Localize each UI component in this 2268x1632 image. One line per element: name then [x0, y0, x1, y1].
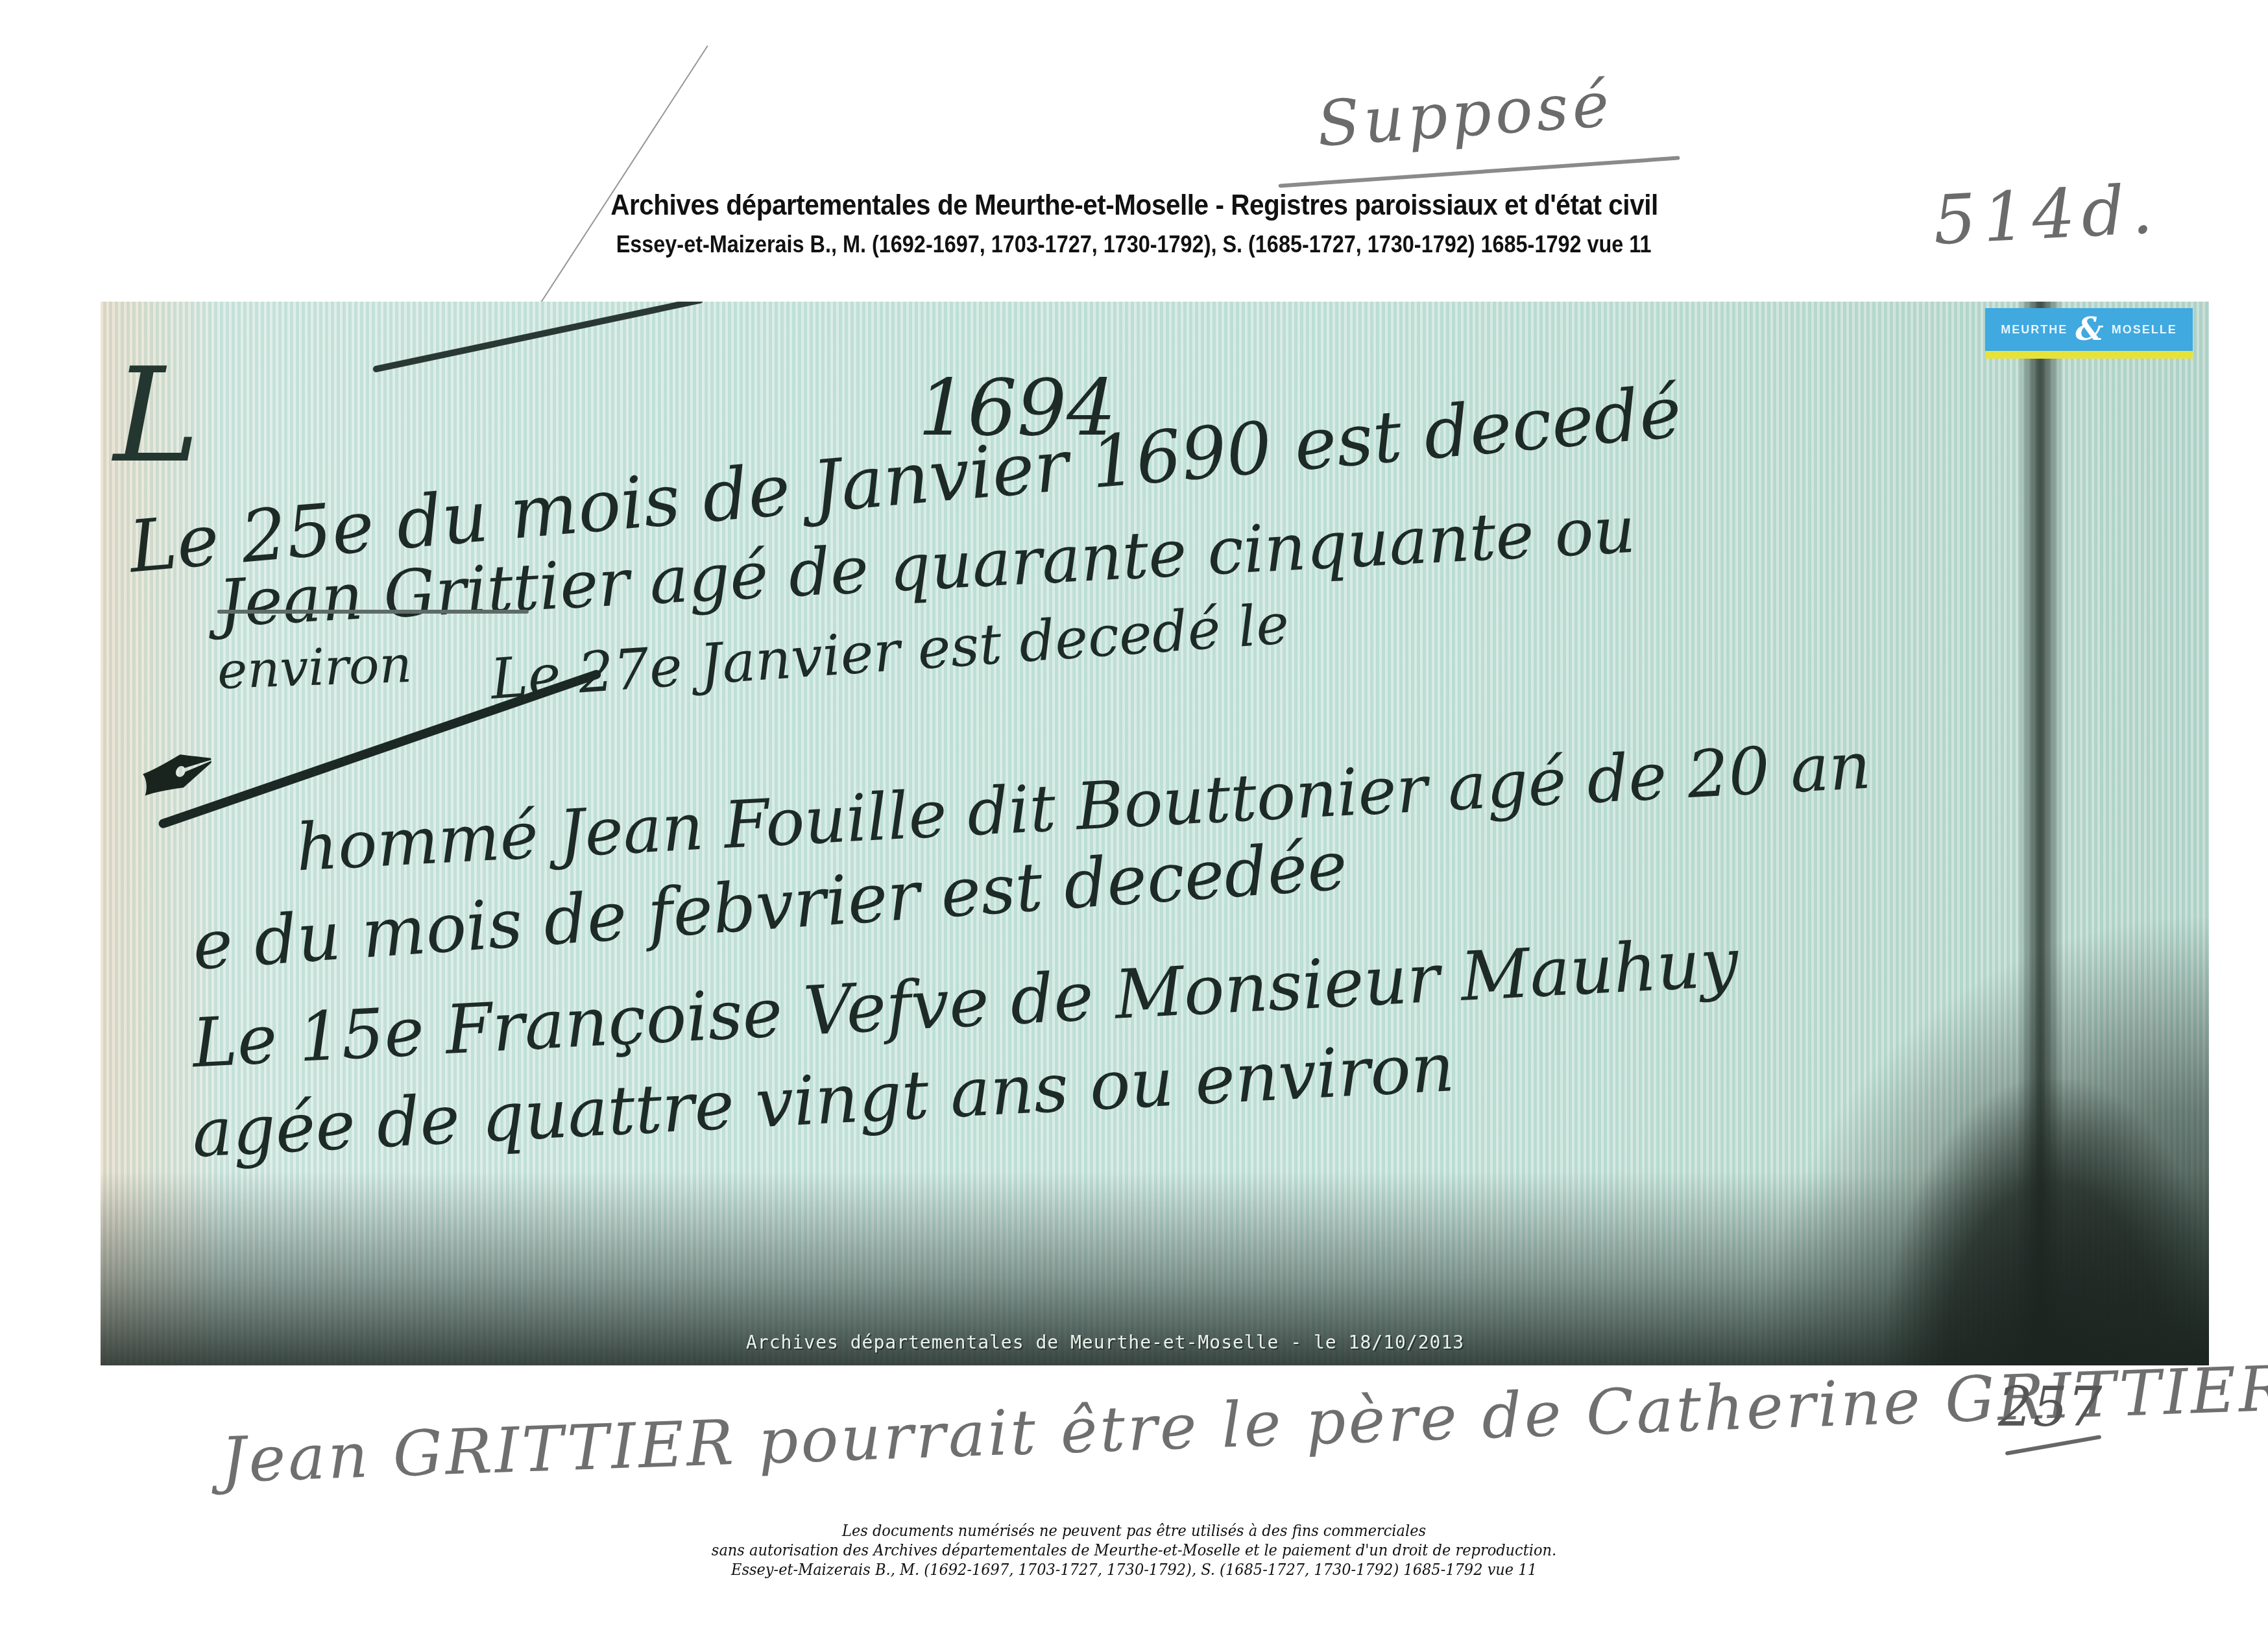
footer-line: Essey-et-Maizerais B., M. (1692-1697, 17… [114, 1560, 2154, 1579]
ink-stroke [372, 302, 704, 373]
pencil-underline [1279, 156, 1680, 187]
document-header: Archives départementales de Meurthe-et-M… [0, 189, 2268, 258]
page-fold-base [1885, 1080, 2209, 1365]
pencil-annotation-note: Jean GRITTIER pourrait être le père de C… [220, 1352, 2268, 1496]
margin-initial: L [114, 341, 200, 492]
logo-text-right: MOSELLE [2112, 323, 2177, 337]
archive-title: Archives départementales de Meurthe-et-M… [610, 189, 1658, 222]
footer-line: sans autorisation des Archives départeme… [114, 1541, 2154, 1560]
meurthe-et-moselle-logo: MEURTHE & MOSELLE [1985, 308, 2193, 359]
margin-ink-blot: ✒ [108, 706, 232, 850]
register-scan-image: L 1694 Le 25e du mois de Janvier 1690 es… [101, 302, 2209, 1365]
legal-footer: Les documents numérisés ne peuvent pas ê… [0, 1521, 2268, 1579]
logo-text-left: MEURTHE [2001, 323, 2068, 337]
register-line: environ [217, 636, 413, 701]
register-reference: Essey-et-Maizerais B., M. (1692-1697, 17… [616, 231, 1652, 258]
name-underline [217, 610, 529, 614]
footer-line: Les documents numérisés ne peuvent pas ê… [114, 1521, 2154, 1541]
archive-watermark: Archives départementales de Meurthe-et-M… [746, 1332, 1464, 1353]
pencil-annotation-number: 257 [1998, 1375, 2102, 1439]
pencil-annotation-suppose: Supposé [1315, 67, 1615, 161]
logo-ampersand: & [2075, 311, 2103, 348]
